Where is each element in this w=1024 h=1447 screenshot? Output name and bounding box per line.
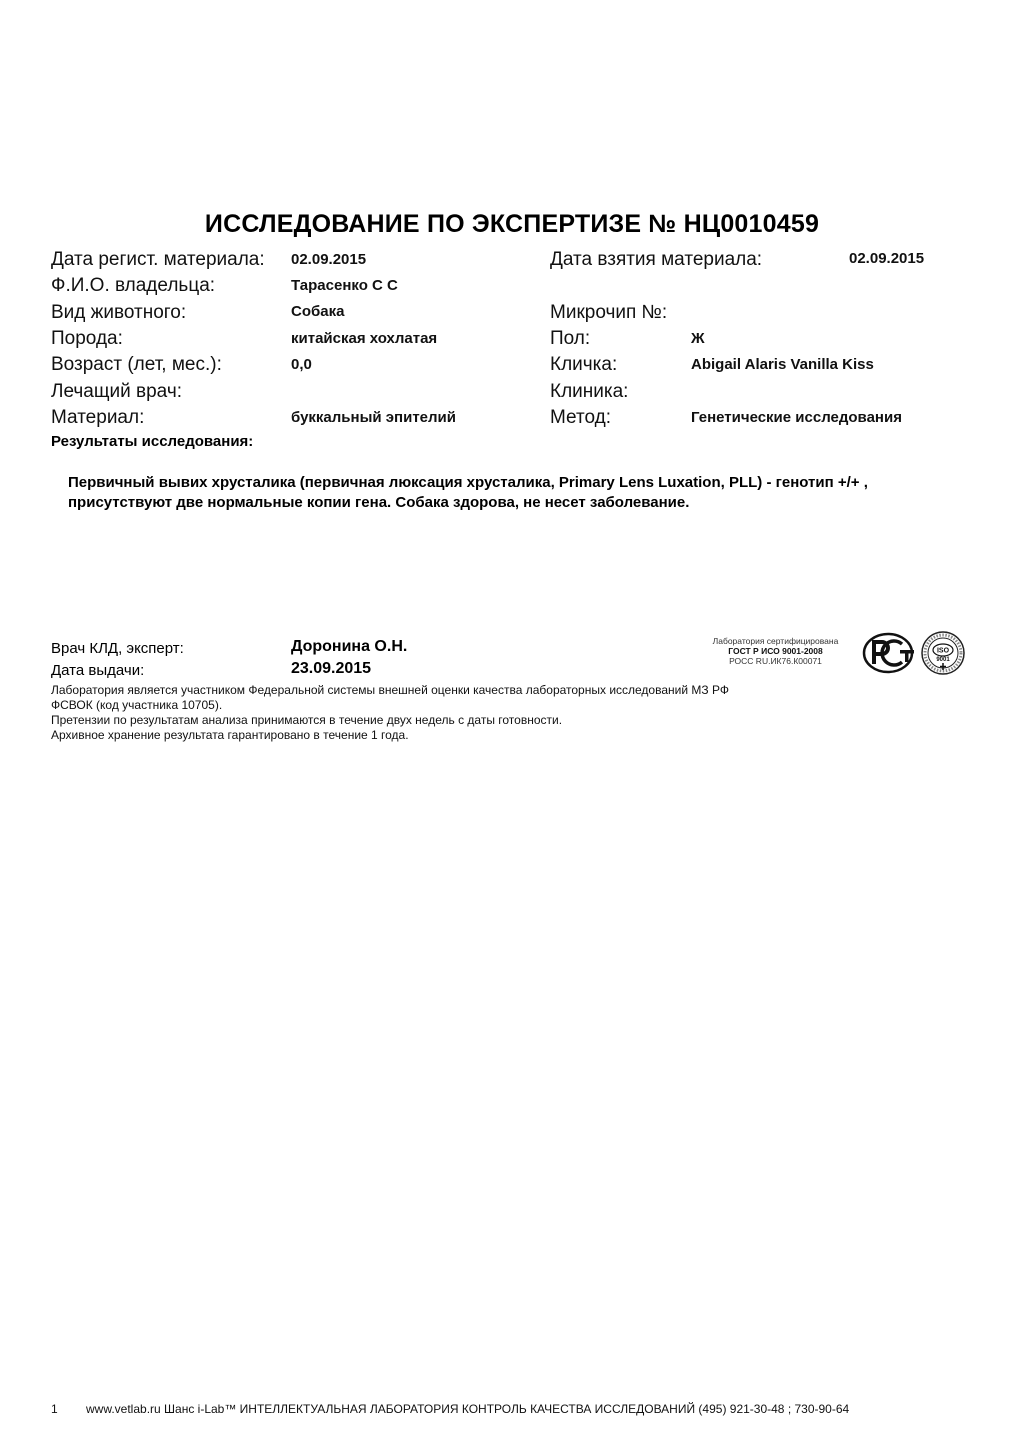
svg-text:9001: 9001 [936,657,950,663]
issue-date-label: Дата выдачи: [51,662,144,679]
certification-standard: ГОСТ Р ИСО 9001-2008 [693,646,858,656]
field-label-age: Возраст (лет, мес.): [51,354,222,376]
field-label-breed: Порода: [51,328,123,350]
field-label-microchip: Микрочип №: [550,302,667,324]
certification-logos: ISO 9001 [862,630,966,676]
expert-label: Врач КЛД, эксперт: [51,640,184,657]
certification-line1: Лаборатория сертифицирована [693,636,858,646]
field-value-registration-date: 02.09.2015 [291,251,366,268]
field-value-age: 0,0 [291,356,312,373]
page-number: 1 [51,1402,58,1416]
field-value-sex: Ж [691,330,705,347]
expert-name: Доронина О.Н. [291,638,407,656]
note-claims: Претензии по результатам анализа принима… [51,713,562,728]
field-label-registration-date: Дата регист. материала: [51,249,265,271]
result-text: Первичный вывих хрусталика (первичная лю… [68,473,968,513]
field-label-collection-date: Дата взятия материала: [550,249,762,271]
field-value-pet-name: Abigail Alaris Vanilla Kiss [691,356,874,373]
iso-9001-icon: ISO 9001 [920,630,966,676]
svg-text:ISO: ISO [937,648,950,655]
field-value-owner: Тарасенко С С [291,277,398,294]
field-label-clinic: Клиника: [550,381,628,403]
field-value-material: буккальный эпителий [291,409,456,426]
results-heading: Результаты исследования: [51,433,253,450]
note-fsvok-code: ФСВОК (код участника 10705). [51,698,222,713]
field-label-species: Вид животного: [51,302,186,324]
field-label-owner: Ф.И.О. владельца: [51,275,215,297]
field-label-vet: Лечащий врач: [51,381,182,403]
field-value-method: Генетические исследования [691,409,902,426]
certification-number: РОСС RU.ИК76.К00071 [693,656,858,666]
field-value-breed: китайская хохлатая [291,330,437,347]
document-title: ИССЛЕДОВАНИЕ ПО ЭКСПЕРТИЗЕ № НЦ0010459 [0,210,1024,239]
field-label-material: Материал: [51,407,144,429]
field-label-sex: Пол: [550,328,590,350]
field-value-collection-date: 02.09.2015 [849,250,924,267]
certification-block: Лаборатория сертифицирована ГОСТ Р ИСО 9… [693,636,858,666]
field-label-pet-name: Кличка: [550,354,617,376]
field-value-species: Собака [291,303,344,320]
note-fsvok: Лаборатория является участником Федераль… [51,683,729,698]
field-label-method: Метод: [550,407,611,429]
note-archive: Архивное хранение результата гарантирова… [51,728,409,743]
footer-text: www.vetlab.ru Шанс i-Lab™ ИНТЕЛЛЕКТУАЛЬН… [86,1402,849,1416]
issue-date-value: 23.09.2015 [291,660,371,678]
